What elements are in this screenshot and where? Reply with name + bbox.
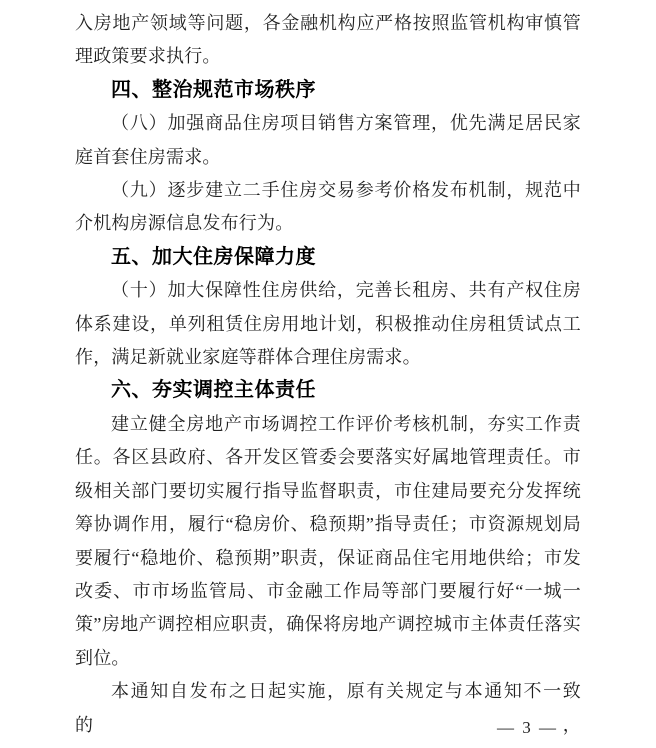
section-heading-5-housing-security: 五、加大住房保障力度 <box>75 241 581 274</box>
section-heading-4-market-order: 四、整治规范市场秩序 <box>75 74 581 107</box>
paragraph-responsibility-assessment: 建立健全房地产市场调控工作评价考核机制，夯实工作责任。各区县政府、各开发区管委会… <box>75 408 581 675</box>
paragraph-item-9-reference-price: （九）逐步建立二手住房交易参考价格发布机制，规范中介机构房源信息发布行为。 <box>75 174 581 241</box>
page-number: — 3 — <box>497 719 558 736</box>
document-page: 入房地产领域等问题，各金融机构应严格按照监管机构审慎管理政策要求执行。 四、整治… <box>0 0 656 748</box>
paragraph-item-8-sales-plan: （八）加强商品住房项目销售方案管理，优先满足居民家庭首套住房需求。 <box>75 107 581 174</box>
section-heading-6-main-responsibility: 六、夯实调控主体责任 <box>75 374 581 407</box>
paragraph-continuation-financial-policy: 入房地产领域等问题，各金融机构应严格按照监管机构审慎管理政策要求执行。 <box>75 7 581 74</box>
paragraph-item-10-guaranteed-housing: （十）加大保障性住房供给，完善长租房、共有产权住房体系建设，单列租赁住房用地计划… <box>75 274 581 374</box>
